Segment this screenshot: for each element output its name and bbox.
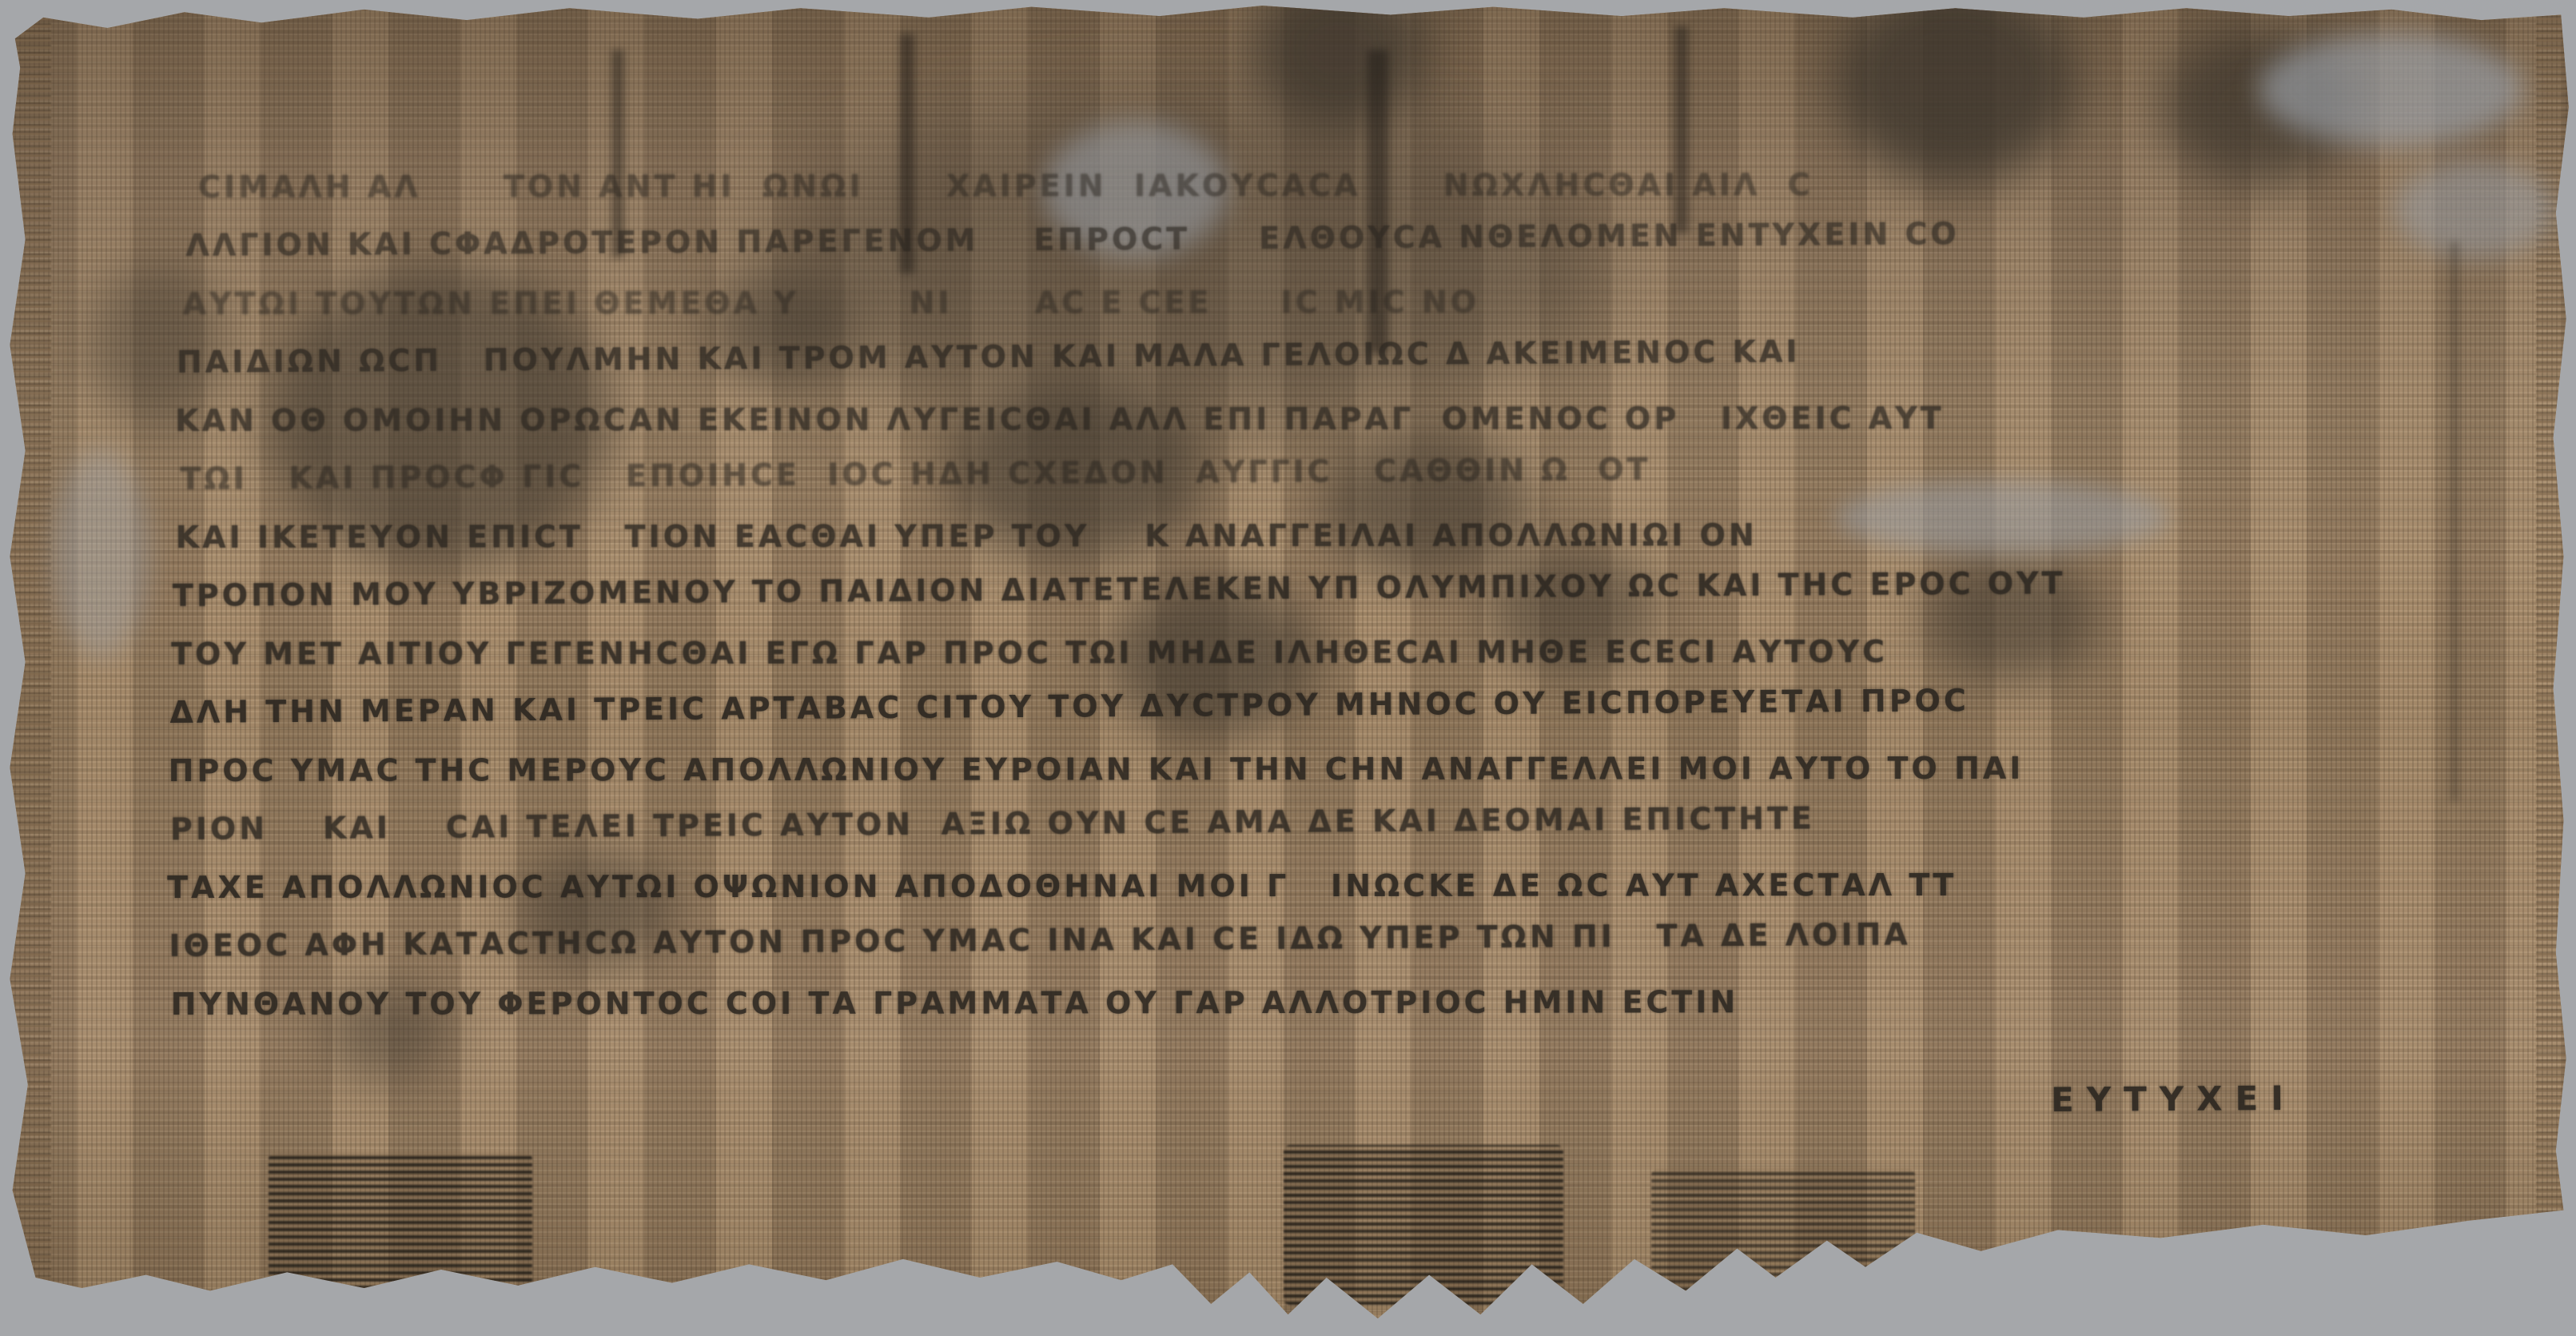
damage-patch (269, 1153, 532, 1289)
damage-patch (1651, 1169, 1915, 1305)
abrasion-patch (53, 449, 149, 657)
closing-farewell: ΕΥΤΥΧΕΙ (2051, 1079, 2296, 1119)
greek-text-block: ϹΙΜΑΛΗ ΑΛ ΤΟΝ ΑΝΤ ΗΙ ΩΝΩΙ ΧΑΙΡΕΙΝ ΙΑΚΟΥϹ… (174, 150, 2431, 1034)
fiber-crack (2451, 241, 2459, 801)
papyrus-text-line: ΠΥΝΘΑΝΟΥ ΤΟΥ ΦΕΡΟΝΤΟϹ ϹΟΙ ΤΑ ΓΡΑΜΜΑΤΑ ΟΥ… (171, 972, 2431, 1034)
papyrus-sheet: ϹΙΜΑΛΗ ΑΛ ΤΟΝ ΑΝΤ ΗΙ ΩΝΩΙ ΧΑΙΡΕΙΝ ΙΑΚΟΥϹ… (5, 2, 2571, 1322)
photo-backdrop: ϹΙΜΑΛΗ ΑΛ ΤΟΝ ΑΝΤ ΗΙ ΩΝΩΙ ΧΑΙΡΕΙΝ ΙΑΚΟΥϹ… (0, 0, 2576, 1336)
damage-patch (1284, 1145, 1563, 1305)
abrasion-patch (2259, 34, 2522, 146)
frayed-edge-left (5, 2, 51, 1322)
